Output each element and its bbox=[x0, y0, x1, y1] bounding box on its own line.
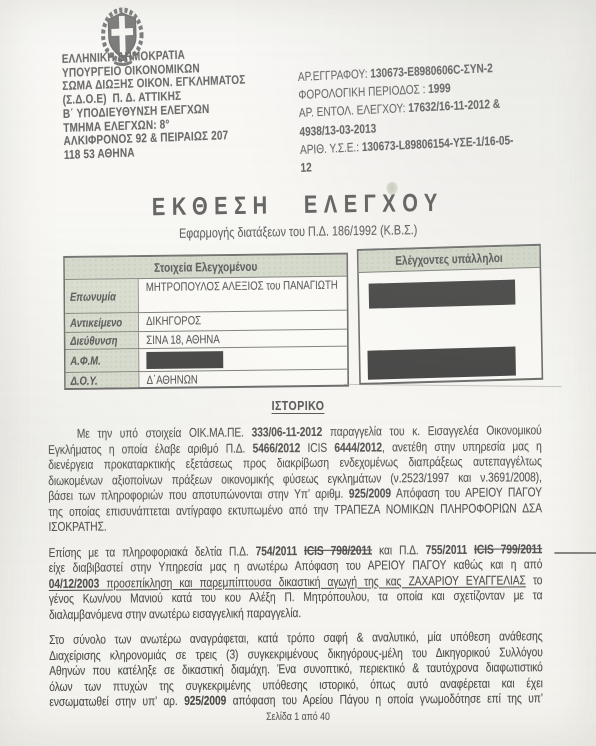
text-segment: το bbox=[526, 572, 543, 587]
scan-artifact-stamp bbox=[386, 182, 398, 195]
paragraph: Στο σύνολο των ανωτέρω αναγράφεται, κατά… bbox=[49, 628, 543, 709]
text-segment: παραγγελία του κ. Εισαγγελέα Οικονομικού bbox=[322, 422, 541, 439]
reference-value: 4938/13-03-2013 bbox=[299, 121, 376, 139]
subject-row-label: Α.Φ.Μ. bbox=[66, 349, 140, 373]
auditors-cell bbox=[359, 268, 542, 382]
text-segment: 754/2011 bbox=[256, 543, 298, 558]
text-segment: και Π.Δ. bbox=[372, 542, 426, 557]
subject-details-grid: Στοιχεία Ελεγχομένου ΕπωνυμίαΜΗΤΡΟΠΟΥΛΟΣ… bbox=[63, 253, 349, 390]
subject-row-label: Διεύθυνση bbox=[65, 332, 139, 350]
text-segment: , ανετέθη στην υπηρεσία μας η bbox=[382, 438, 542, 454]
section-heading: ΙΣΤΟΡΙΚΟ bbox=[0, 397, 596, 415]
text-segment: Με την υπό στοιχεία ΟΙΚ.ΜΑ.ΠΕ. bbox=[77, 424, 252, 440]
reference-value: 12 bbox=[300, 160, 312, 175]
text-segment: βάσει των πληροφοριών που αποτυπώνονται … bbox=[48, 486, 349, 503]
text-segment: 925/2009 bbox=[349, 485, 391, 500]
issuing-authority-block: ΕΛΛΗΝΙΚΗ ΔΗΜΟΚΡΑΤΙΑΥΠΟΥΡΓΕΙΟ ΟΙΚΟΝΟΜΙΚΩΝ… bbox=[62, 45, 304, 163]
text-segment: απόφαση του Αρείου Πάγου η οποία γνωμοδό… bbox=[226, 690, 543, 707]
text-segment: ενσωματωθεί στην υπ’ αρ. bbox=[49, 693, 184, 709]
subject-row-value: Δ΄ΑΘΗΝΩΝ bbox=[139, 370, 347, 387]
text-segment: 333/06-11-2012 bbox=[252, 424, 323, 440]
scan-artifact-line bbox=[554, 552, 596, 554]
page-number: Σελίδα 1 από 40 bbox=[0, 711, 596, 723]
text-segment: διαλαμβανόμενα στην ανωτέρω εισαγγελική … bbox=[49, 605, 301, 622]
text-segment: 755/2011 bbox=[426, 541, 468, 556]
subject-row-label: Δ.Ο.Υ. bbox=[66, 372, 140, 388]
section-heading-text: ΙΣΤΟΡΙΚΟ bbox=[272, 398, 325, 413]
reference-label: ΑΡ.ΕΓΓΡΑΦΟΥ: bbox=[298, 67, 371, 84]
text-segment: ΙΣΟΚΡΑΤΗΣ. bbox=[48, 519, 106, 534]
report-title: ΕΚΘΕΣΗ ΕΛΕΓΧΟΥ bbox=[0, 186, 596, 224]
subject-table: Στοιχεία Ελεγχομένου ΕπωνυμίαΜΗΤΡΟΠΟΥΛΟΣ… bbox=[63, 256, 541, 390]
text-segment: 6444/2012 bbox=[334, 439, 382, 454]
report-title-block: ΕΚΘΕΣΗ ΕΛΕΓΧΟΥ Εφαρμογής διατάξεων του Π… bbox=[0, 186, 596, 243]
text-segment: γένος Κων/νου Μανιού κατά του κου Αλέξη … bbox=[49, 587, 543, 606]
redaction-bar bbox=[146, 351, 223, 369]
table-gap bbox=[348, 256, 357, 390]
subject-row-label: Αντικείμενο bbox=[65, 313, 139, 333]
text-segment: ICIS 799/2011 bbox=[474, 541, 542, 557]
text-segment: 04/12/2003 bbox=[49, 575, 100, 590]
subject-row-value: ΜΗΤΡΟΠΟΥΛΟΣ ΑΛΕΞΙΟΣ του ΠΑΝΑΓΙΩΤΗ bbox=[139, 277, 347, 313]
text-segment: ICIS bbox=[300, 439, 334, 454]
paragraph: Με την υπό στοιχεία ΟΙΚ.ΜΑ.ΠΕ. 333/06-11… bbox=[48, 422, 542, 534]
text-segment: Εγκλήματος η οποία έλαβε αριθμό Π.Δ. bbox=[48, 440, 253, 457]
redaction-bar bbox=[369, 280, 516, 309]
subject-row-label: Επωνυμία bbox=[65, 279, 139, 314]
body-line: ενσωματωθεί στην υπ’ αρ. 925/2009 απόφασ… bbox=[49, 690, 543, 709]
text-segment: Επίσης με τα πληροφοριακά δελτία Π.Δ. bbox=[49, 543, 256, 560]
reference-value: 17632/16-11-2012 & bbox=[408, 97, 500, 115]
text-segment: της οποίας επισυνάπτεται αντίγραφο εκτυπ… bbox=[48, 500, 542, 519]
reference-label: ΑΡ. ΕΝΤΟΛ. ΕΛΕΓΧΟΥ: bbox=[299, 101, 409, 120]
subject-row-value: ΔΙΚΗΓΟΡΟΣ bbox=[139, 311, 347, 332]
text-segment: ICIS 798/2011 bbox=[304, 542, 372, 558]
reference-value: 130673-E8980606C-ΣΥΝ-2 bbox=[370, 61, 493, 81]
text-segment: Απόφαση του ΑΡΕΙΟΥ ΠΑΓΟΥ bbox=[391, 484, 542, 500]
text-segment: 925/2009 bbox=[184, 693, 226, 708]
text-segment: 5466/2012 bbox=[253, 440, 301, 455]
subject-row-value bbox=[139, 347, 347, 372]
body-line: διαλαμβανόμενα στην ανωτέρω εισαγγελική … bbox=[49, 603, 543, 622]
document-reference-block: ΑΡ.ΕΓΓΡΑΦΟΥ: 130673-E8980606C-ΣΥΝ-2ΦΟΡΟΛ… bbox=[298, 55, 595, 178]
redaction-bar bbox=[367, 347, 515, 380]
auditors-column: Ελέγχοντες υπάλληλοι bbox=[357, 244, 543, 385]
report-body-text: Με την υπό στοιχεία ΟΙΚ.ΜΑ.ΠΕ. 333/06-11… bbox=[48, 422, 543, 719]
document-page: ΕΛΛΗΝΙΚΗ ΔΗΜΟΚΡΑΤΙΑΥΠΟΥΡΓΕΙΟ ΟΙΚΟΝΟΜΙΚΩΝ… bbox=[0, 0, 596, 746]
reference-value: 1999 bbox=[428, 81, 451, 96]
text-segment bbox=[467, 541, 474, 556]
paragraph: Επίσης με τα πληροφοριακά δελτία Π.Δ. 75… bbox=[49, 541, 543, 622]
reference-label: ΑΡΙΘ. Υ.Σ.Ε.: bbox=[300, 140, 362, 157]
